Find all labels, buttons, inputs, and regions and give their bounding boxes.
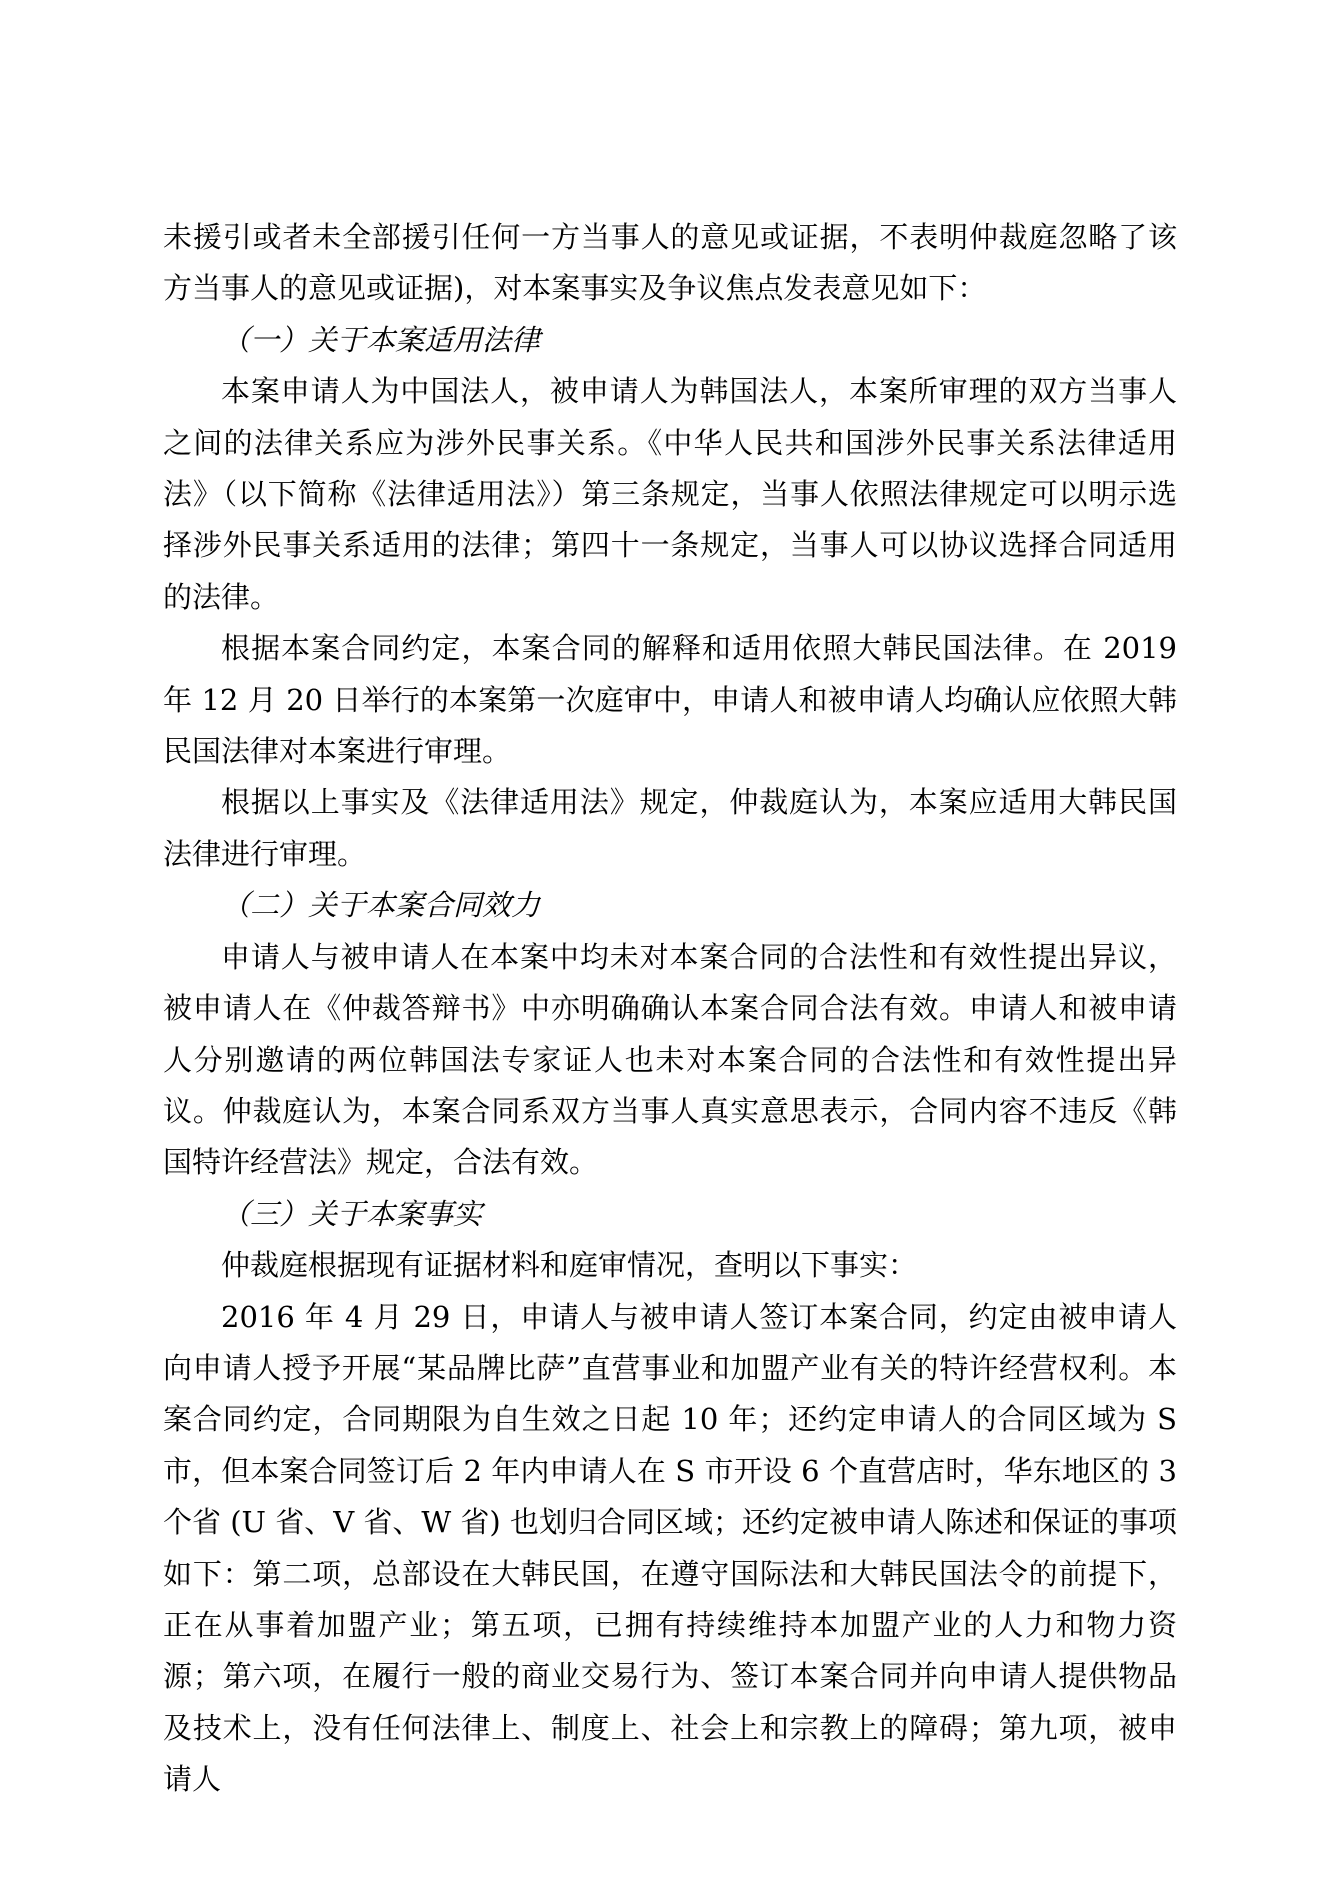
- paragraph: 申请人与被申请人在本案中均未对本案合同的合法性和有效性提出异议，被申请人在《仲裁…: [163, 932, 1177, 1189]
- paragraph: 仲裁庭根据现有证据材料和庭审情况，查明以下事实：: [163, 1240, 1177, 1291]
- paragraph: 根据本案合同约定，本案合同的解释和适用依照大韩民国法律。在 2019 年 12 …: [163, 623, 1177, 777]
- section-heading: （二）关于本案合同效力: [163, 880, 1177, 931]
- section-heading: （一）关于本案适用法律: [163, 315, 1177, 366]
- section-heading: （三）关于本案事实: [163, 1189, 1177, 1240]
- document-page: 未援引或者未全部援引任何一方当事人的意见或证据，不表明仲裁庭忽略了该方当事人的意…: [0, 0, 1339, 1890]
- paragraph: 未援引或者未全部援引任何一方当事人的意见或证据，不表明仲裁庭忽略了该方当事人的意…: [163, 212, 1177, 315]
- paragraph: 2016 年 4 月 29 日，申请人与被申请人签订本案合同，约定由被申请人向申…: [163, 1292, 1177, 1806]
- document-content: 未援引或者未全部援引任何一方当事人的意见或证据，不表明仲裁庭忽略了该方当事人的意…: [163, 212, 1177, 1806]
- paragraph: 本案申请人为中国法人，被申请人为韩国法人，本案所审理的双方当事人之间的法律关系应…: [163, 366, 1177, 623]
- paragraph: 根据以上事实及《法律适用法》规定，仲裁庭认为，本案应适用大韩民国法律进行审理。: [163, 777, 1177, 880]
